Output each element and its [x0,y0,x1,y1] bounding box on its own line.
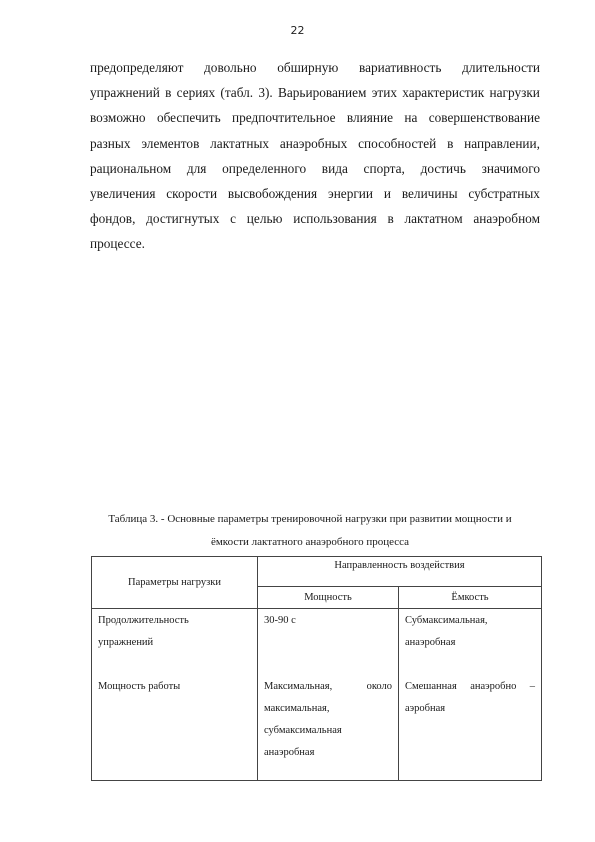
power-work-line4: анаэробная [264,742,392,764]
text-line: фондов,достигнутыхсцельюиспользованиявла… [90,209,540,234]
cell-power: 30-90 с Максимальная, около максимальная… [258,609,399,781]
power-work-line3: субмаксимальная [264,720,392,742]
capacity-duration-line2: анаэробная [405,632,535,654]
header-power: Мощность [258,587,399,609]
capacity-work-line1: Смешанная анаэробно – [405,676,535,698]
text-line-last: процессе. [90,234,540,259]
cell-parameters: Продолжительность упражнений Мощность ра… [92,609,258,781]
parameters-table: Параметры нагрузки Направленность воздей… [91,556,542,781]
text-line: возможнообеспечитьпредпочтительноевлияни… [90,108,540,133]
text-line: увеличенияскоростивысвобожденияэнергииив… [90,184,540,209]
table-row: Продолжительность упражнений Мощность ра… [92,609,542,781]
param-duration-cont: упражнений [98,632,251,654]
text-line: предопределяютдовольнообширнуювариативно… [90,58,540,83]
cell-capacity: Субмаксимальная, анаэробная Смешанная ан… [399,609,542,781]
power-work-line2: максимальная, [264,698,392,720]
header-parameters: Параметры нагрузки [92,557,258,609]
header-direction: Направленность воздействия [258,557,542,587]
page-number: 22 [0,24,595,37]
capacity-work-line2: аэробная [405,698,535,720]
text-line: разныхэлементовлактатныханаэробныхспособ… [90,134,540,159]
param-duration: Продолжительность [98,610,251,632]
param-work-power: Мощность работы [98,676,251,698]
text-line: упражненийвсериях(табл.3).Варьированиемэ… [90,83,540,108]
power-duration: 30-90 с [264,610,392,632]
text-line: рациональномдляопределенноговидаспорта,д… [90,159,540,184]
body-paragraph: предопределяютдовольнообширнуювариативно… [90,58,540,260]
table-caption: Таблица 3. - Основные параметры трениров… [80,513,540,525]
header-capacity: Ёмкость [399,587,542,609]
table-caption-continued: ёмкости лактатного анаэробного процесса [80,536,540,548]
capacity-duration-line1: Субмаксимальная, [405,610,535,632]
power-work-line1: Максимальная, около [264,676,392,698]
